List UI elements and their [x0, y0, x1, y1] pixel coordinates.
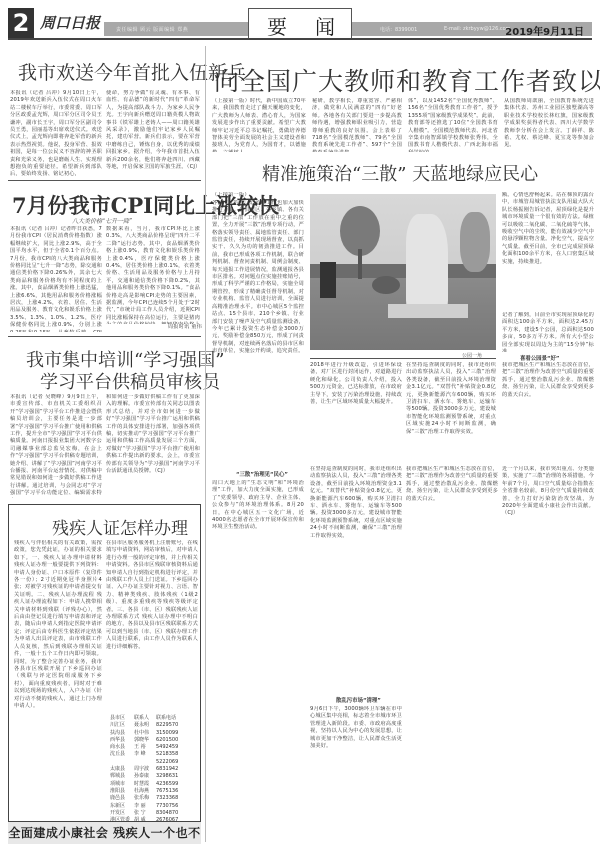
- info-bar: 电话：8399001 E-mail: zkrbyyw@126.com 2019年…: [352, 22, 592, 36]
- article-green-col2: 在坚持巡查制度的同时，我市还组织出动监察执法人员，投入“三散”治理各类设备，截至…: [406, 362, 496, 462]
- divider: [8, 180, 201, 181]
- monument-stone-shape: [406, 214, 448, 310]
- article-green-col4: 额。心情也舒畅起来。站在梯顶的露台中，市城管局城管执法支队用最大队大队长杨振刚告…: [502, 192, 594, 310]
- telephone-line: 电话：8399001: [380, 26, 417, 33]
- contact-row: 鹿邑县张乐梅7323368: [110, 795, 198, 802]
- column-divider: [205, 46, 206, 842]
- tree-shape: [460, 212, 490, 272]
- article-disabled-col1: 残疾人与伴侣相关的有关政策，需按政策，您先凭此证，办证的相关要求如下。一、残疾人…: [14, 540, 102, 818]
- slogan-banner: 全面建成小康社会 残疾人一个也不能少: [8, 822, 201, 844]
- article-green-col3: 2018年进行升级改造，引进环保设备，对厂区进行封闭运作，对道路进行硬化和绿化。…: [310, 362, 402, 462]
- subheadline-cpi: 八大类价格“七升一降”: [72, 216, 132, 225]
- headline-study-line2: 学习平台供稿员审核员: [40, 368, 220, 394]
- article-green-col6b: 我市把城区生产和城区生态放在首位，把“三散”治理作为改善空气质量的重要抓手，通过…: [406, 466, 498, 842]
- continued-from: （上接第一版）: [212, 192, 304, 200]
- section-char-1: 要: [267, 11, 287, 40]
- email-line: E-mail: zkrbyyw@126.com: [444, 26, 511, 32]
- headline-disabled-card: 残疾人证怎样办理: [52, 514, 188, 539]
- headline-new-soldiers: 我市欢送今年首批入伍新兵: [18, 58, 246, 85]
- article-study-col1: 本报讯（记者 吴晓峰）9月9日上午，市委宣传部、市直机关工委组织召开“学习强国”…: [10, 394, 102, 498]
- contact-row: 扶沟县杜中伟3150099: [110, 730, 198, 737]
- article-green-col1: 各县市区的“三散”治理工作也加大加快推进力度。各县市区、各乡镇、各有关部门把“三…: [212, 200, 304, 462]
- newspaper-logo: 周口日报: [40, 12, 100, 33]
- masthead-rule: [8, 38, 592, 40]
- headline-green-city: 精准施策治“三散” 天蓝地绿应民心: [262, 160, 538, 186]
- article-cpi-col2: 数据来看，当月，我市CPI环比上涨0.3%，八大类商品价格呈现“四升二平二降”运…: [106, 226, 200, 324]
- tree-trunk-shape: [358, 249, 362, 279]
- editors-line: 责任编辑 顾云 版面编辑 郑燕: [116, 26, 188, 33]
- article-teachers-col2: 秘研，教学相长，尊重宽容、严慈相济，做党和人民满意的“四有”好老师。各地各有关部…: [312, 98, 402, 152]
- park-photo: [310, 194, 496, 350]
- article-cpi-col1: 本报讯（记者 吕冲）记者昨日获悉，7月份我市CPI（居民消费价格指数）涨幅继续扩…: [10, 226, 102, 332]
- subhead-market: 散乱污市场“清理”: [336, 696, 381, 704]
- article-green-col8: 9月6日下午，3000辆环卫车辆在市中心城区集中亮相，标志着全市城市环卫管理进入…: [310, 706, 402, 842]
- article-green-col9: 近一个月以来，我市突出重点、分类施策，实施了“三散”治理的各项措施，今年前7个月…: [502, 466, 594, 842]
- subhead-heart: “三散”治理见“民心”: [236, 470, 288, 478]
- article-study-col2: 和如何进一步做好供稿工作有了更加深入的理解。市委宣传部有关同志以图表形式总结，并…: [106, 394, 200, 498]
- sign-shape: [320, 262, 336, 298]
- masthead: 2 周口日报 责任编辑 顾云 版面编辑 郑燕 要 闻 电话：8399001 E-…: [8, 8, 592, 38]
- contact-row: 项城市时慧霞4236599: [110, 781, 198, 788]
- contact-row: 东新区李 丽7730756: [110, 803, 198, 810]
- bush-shape: [372, 276, 400, 294]
- article-disabled-col2: 在县市区服务服务机上注册账号，在线填写申请资料，网站审核后，对申请人进行办理一般…: [106, 540, 198, 712]
- article-green-col6: 我市把城区生产和城区生态放在首位，把“三散”治理作为改善空气质量的重要抓手，通过…: [502, 362, 594, 462]
- article-teachers-col3: 体”，以及1452名“全国优秀教师”、156名“全国优秀教育工作者”，授予135…: [408, 98, 498, 152]
- subhead-garden: 喜看公园景“好”: [520, 354, 559, 362]
- headline-teachers-day: 向全国广大教师和教育工作者致以节日问候: [214, 62, 600, 98]
- header-phone: 联系电话: [156, 715, 198, 722]
- article-teachers-col1: （上接第一版）时代，新中国成立70年来，我国教育走过了翻天覆地的变化，广大教师为…: [212, 98, 306, 152]
- divider: [310, 358, 496, 359]
- page-number: 2: [8, 8, 34, 38]
- issue-date: 2019年9月11日: [505, 23, 584, 38]
- article-green-col2b: 在坚持巡查制度的同时，我市还组织出动监察执法人员，投入“三散”治理各类设备，截至…: [310, 466, 402, 696]
- contact-row: 郸城县孙泰康3298631: [110, 773, 198, 780]
- editors-bar: 责任编辑 顾云 版面编辑 郑燕: [104, 22, 248, 36]
- contact-row: 沈丘县李 峰5218358 5222069: [110, 751, 198, 766]
- contacts-table: 县市区 联系人 联系电话 川汇区聂永明8229570 扶沟县杜中伟3150099…: [110, 715, 198, 832]
- divider: [8, 336, 201, 337]
- article-teachers-col4: 从国教师周歆丽，全国教育系统先进集体代表、苏州工业园区独墅湖高等职业技术学校校长…: [504, 98, 594, 152]
- article-green-col5: 记者了解到，目前全市实现屋顶绿化的面积达100余平方米，面积达2.45万平方米，…: [502, 312, 594, 352]
- article-new-soldiers-col2: 使命，努力争做“有灵魂、有本事、有血性、有品德”的新时代“四有”革命军人，为提高…: [106, 90, 200, 176]
- article-new-soldiers-col1: 本报讯（记者 吕冲）9月10日上午，2019年欢送新兵入伍仪式在周口火车站二楼候…: [10, 90, 102, 176]
- section-title-box: 要 闻: [248, 8, 352, 38]
- contact-row: 川汇区聂永明8229570: [110, 722, 198, 729]
- monument-base-shape: [388, 304, 468, 318]
- article-green-col7: 周口大地上的“生态文明”和“环境治理”工作，加大力度全面实施，已形成了“党委领导…: [212, 480, 304, 842]
- byline-cpi: 周报时讯 童伟: [160, 324, 202, 332]
- section-char-2: 闻: [315, 11, 335, 40]
